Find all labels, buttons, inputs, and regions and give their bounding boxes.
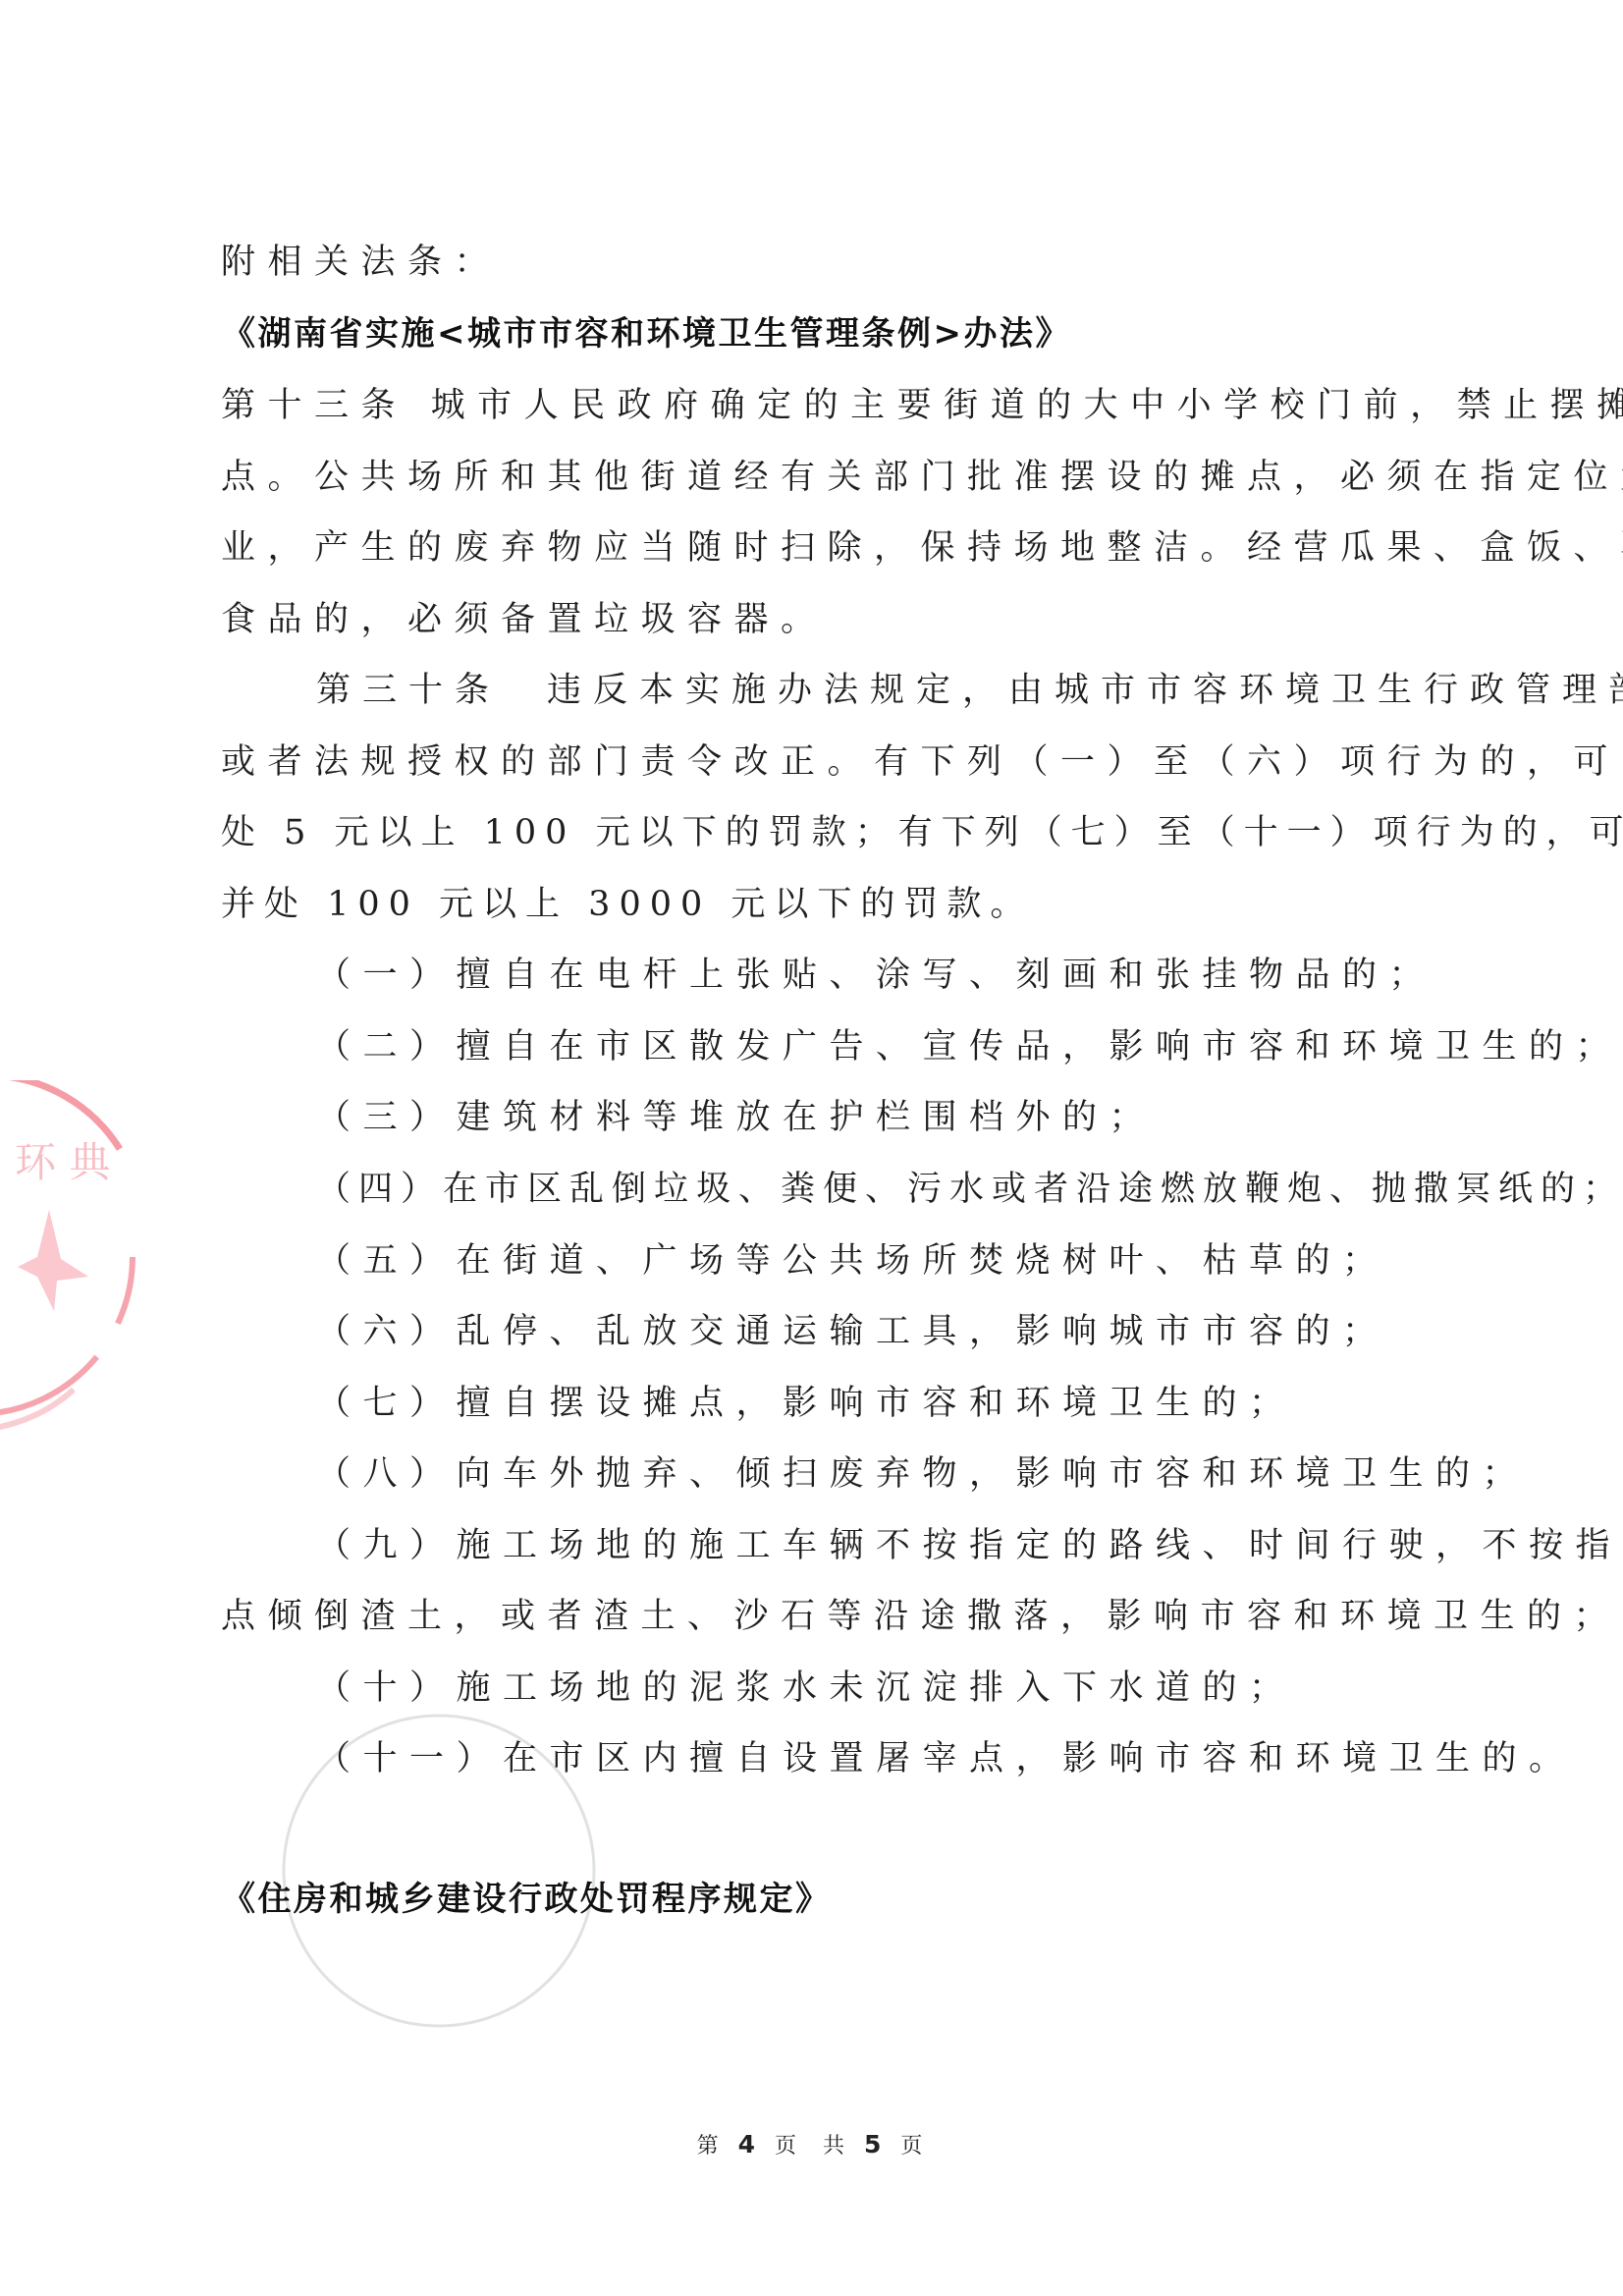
footer-suffix: 页	[900, 2134, 926, 2159]
article30-line: 处 5 元以上 100 元以下的罚款；有下列（七）至（十一）项行为的，可以	[221, 811, 1623, 854]
article30-item-7: （七）擅自摆设摊点，影响市容和环境卫生的；	[316, 1382, 1296, 1425]
article30-item-10: （十）施工场地的泥浆水未沉淀排入下水道的；	[316, 1667, 1296, 1710]
article30-item-5: （五）在街道、广场等公共场所焚烧树叶、枯草的；	[316, 1239, 1389, 1283]
article30-line: 或者法规授权的部门责令改正。有下列（一）至（六）项行为的，可以并	[221, 740, 1623, 784]
article13-line: 第十三条 城市人民政府确定的主要街道的大中小学校门前，禁止摆摊设	[221, 384, 1623, 427]
article30-item-4: （四）在市区乱倒垃圾、粪便、污水或者沿途燃放鞭炮、抛撒冥纸的；	[316, 1168, 1623, 1211]
article30-item-1: （一）擅自在电杆上张贴、涂写、刻画和张挂物品的；	[316, 954, 1435, 997]
official-seal-icon: 环 典	[0, 1080, 157, 1434]
statute-title-housing: 《住房和城乡建设行政处罚程序规定》	[222, 1878, 832, 1921]
article30-line: 并处 100 元以上 3000 元以下的罚款。	[221, 883, 1033, 926]
article30-item-8: （八）向车外抛弃、倾扫废弃物，影响市容和环境卫生的；	[316, 1452, 1529, 1496]
article30-item-9: （九）施工场地的施工车辆不按指定的路线、时间行驶，不按指定地	[316, 1524, 1623, 1567]
statute-title-hunan: 《湖南省实施<城市市容和环境卫生管理条例>办法》	[222, 312, 1071, 355]
footer-page-word: 页	[775, 2134, 800, 2159]
footer-prefix: 第	[697, 2134, 723, 2159]
article30-line: 第三十条 违反本实施办法规定，由城市市容环境卫生行政管理部门	[316, 669, 1623, 712]
document-page: 环 典 附相关法条： 《湖南省实施<城市市容和环境卫生管理条例>办法》 第十三条…	[0, 0, 1623, 2296]
article13-line: 点。公共场所和其他街道经有关部门批准摆设的摊点，必须在指定位置营	[221, 456, 1623, 499]
page-number-footer: 第4页 共5页	[0, 2129, 1623, 2159]
article13-line: 业，产生的废弃物应当随时扫除，保持场地整洁。经营瓜果、盒饭、冷饮	[221, 526, 1623, 570]
attached-articles-label: 附相关法条：	[221, 241, 501, 284]
article30-item-11: （十一）在市区内擅自设置屠宰点，影响市容和环境卫生的。	[316, 1737, 1576, 1780]
article30-item-2: （二）擅自在市区散发广告、宣传品，影响市容和环境卫生的；	[316, 1025, 1622, 1068]
footer-total-prefix: 共	[823, 2134, 848, 2159]
article30-item-6: （六）乱停、乱放交通运输工具，影响城市市容的；	[316, 1310, 1389, 1353]
article30-item-3: （三）建筑材料等堆放在护栏围档外的；	[316, 1096, 1156, 1139]
article13-line: 食品的，必须备置垃圾容器。	[221, 598, 828, 641]
svg-text:环 典: 环 典	[15, 1138, 112, 1186]
total-pages-number: 5	[864, 2130, 885, 2159]
article30-item-9-cont: 点倾倒渣土，或者渣土、沙石等沿途撒落，影响市容和环境卫生的；	[221, 1595, 1620, 1638]
current-page-number: 4	[738, 2130, 759, 2159]
